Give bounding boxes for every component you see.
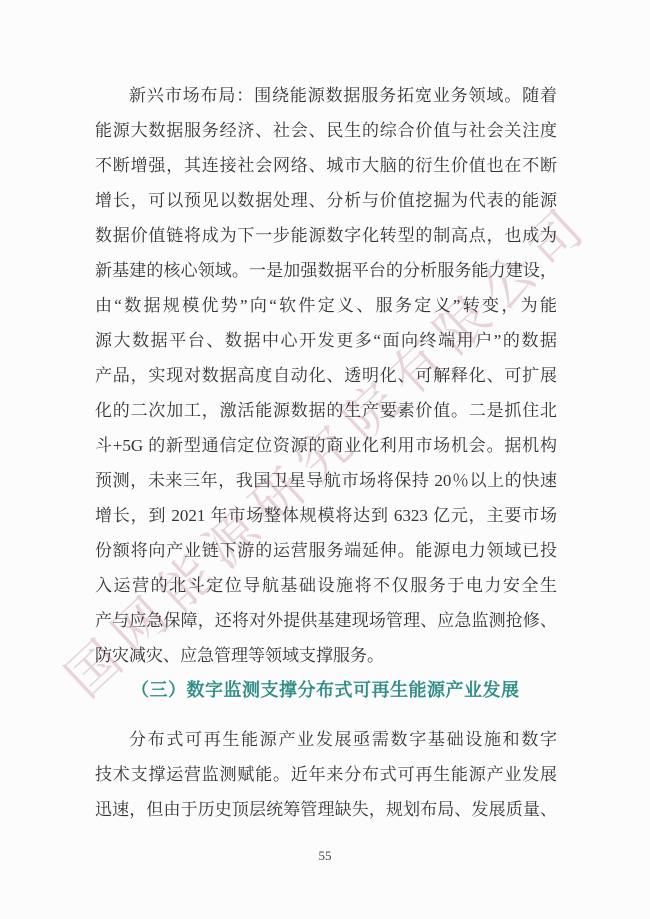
page-number: 55 [0, 848, 650, 864]
paragraph-emerging-market: 新兴市场布局：围绕能源数据服务拓宽业务领域。随着能源大数据服务经济、社会、民生的… [95, 78, 557, 673]
section-heading: （三）数字监测支撑分布式可再生能源产业发展 [95, 673, 557, 708]
text-line: 斗+5G 的新型通信定位资源的商业化利用市场机会。据机构 [95, 428, 557, 463]
text-line: 预测，未来三年，我国卫星导航市场将保持 20％以上的快速 [95, 463, 557, 498]
text-line: 产与应急保障，还将对外提供基建现场管理、应急监测抢修、 [95, 603, 557, 638]
text-line: 新兴市场布局：围绕能源数据服务拓宽业务领域。随着 [95, 78, 557, 113]
text-line: 迅速，但由于历史顶层统筹管理缺失，规划布局、发展质量、 [95, 792, 557, 827]
page-body: 新兴市场布局：围绕能源数据服务拓宽业务领域。随着能源大数据服务经济、社会、民生的… [95, 78, 557, 827]
document-page: 国网能源研究院有限公司 新兴市场布局：围绕能源数据服务拓宽业务领域。随着能源大数… [0, 0, 650, 919]
text-line: 数据价值链将成为下一步能源数字化转型的制高点，也成为 [95, 218, 557, 253]
text-line: 新基建的核心领域。一是加强数据平台的分析服务能力建设， [95, 253, 557, 288]
paragraph-distributed-renewables: 分布式可再生能源产业发展亟需数字基础设施和数字技术支撑运营监测赋能。近年来分布式… [95, 722, 557, 827]
text-line: 入运营的北斗定位导航基础设施将不仅服务于电力安全生 [95, 568, 557, 603]
text-line: 增长，可以预见以数据处理、分析与价值挖掘为代表的能源 [95, 183, 557, 218]
text-line: 能源大数据服务经济、社会、民生的综合价值与社会关注度 [95, 113, 557, 148]
text-line: 增长，到 2021 年市场整体规模将达到 6323 亿元，主要市场 [95, 498, 557, 533]
text-line: 由“数据规模优势”向“软件定义、服务定义”转变，为能 [95, 288, 557, 323]
text-line: 份额将向产业链下游的运营服务端延伸。能源电力领域已投 [95, 533, 557, 568]
text-line: 技术支撑运营监测赋能。近年来分布式可再生能源产业发展 [95, 757, 557, 792]
text-line: 源大数据平台、数据中心开发更多“面向终端用户”的数据 [95, 323, 557, 358]
text-line: 不断增强，其连接社会网络、城市大脑的衍生价值也在不断 [95, 148, 557, 183]
text-line: 防灾减灾、应急管理等领域支撑服务。 [95, 638, 557, 673]
text-line: 化的二次加工，激活能源数据的生产要素价值。二是抓住北 [95, 393, 557, 428]
text-line: 分布式可再生能源产业发展亟需数字基础设施和数字 [95, 722, 557, 757]
text-line: 产品，实现对数据高度自动化、透明化、可解释化、可扩展 [95, 358, 557, 393]
